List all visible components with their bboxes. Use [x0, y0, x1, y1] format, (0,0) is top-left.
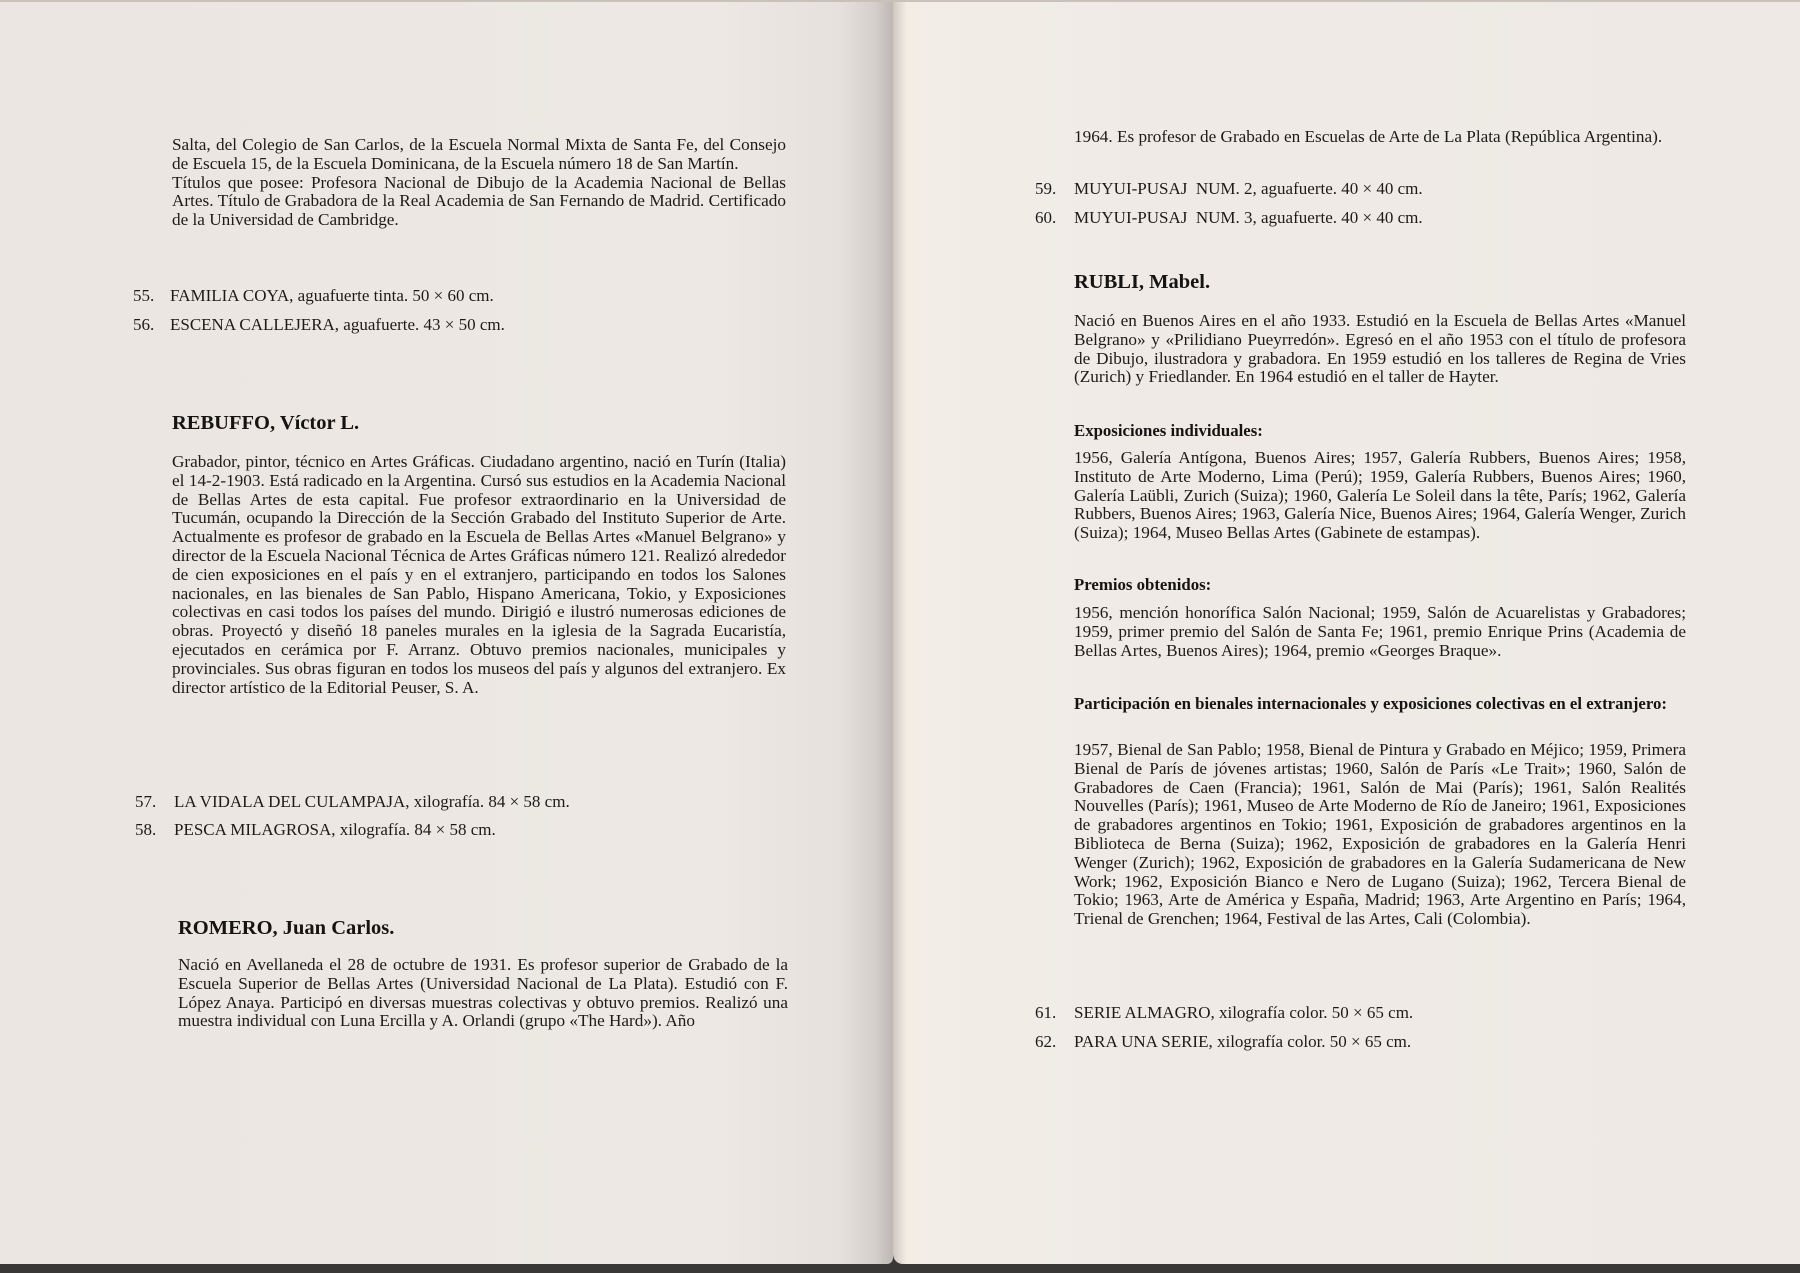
item-number: 55.	[133, 286, 154, 306]
book-spread: Salta, del Colegio de San Carlos, de la …	[0, 0, 1800, 1262]
artist-bio: Nació en Buenos Aires en el año 1933. Es…	[1074, 312, 1686, 387]
item-title: LA VIDALA DEL CULAMPAJA, xilografía. 84 …	[174, 792, 570, 812]
item-title: FAMILIA COYA, aguafuerte tinta. 50 × 60 …	[170, 286, 494, 306]
artist-heading: ROMERO, Juan Carlos.	[178, 916, 394, 940]
item-title: PARA UNA SERIE, xilografía color. 50 × 6…	[1074, 1032, 1411, 1052]
item-title: SERIE ALMAGRO, xilografía color. 50 × 65…	[1074, 1003, 1413, 1023]
bio-paragraph: Nació en Avellaneda el 28 de octubre de …	[178, 956, 788, 1031]
item-title: PESCA MILAGROSA, xilografía. 84 × 58 cm.	[174, 820, 496, 840]
left-page: Salta, del Colegio de San Carlos, de la …	[0, 0, 893, 1264]
item-title: MUYUI-PUSAJ NUM. 3, aguafuerte. 40 × 40 …	[1074, 208, 1423, 228]
section-heading: Exposiciones individuales:	[1074, 422, 1263, 441]
artist-bio: Nació en Avellaneda el 28 de octubre de …	[178, 956, 788, 1031]
intro-text: Salta, del Colegio de San Carlos, de la …	[172, 136, 786, 230]
section-heading: Premios obtenidos:	[1074, 576, 1211, 595]
continued-text: 1964. Es profesor de Grabado en Escuelas…	[1074, 128, 1686, 147]
section-paragraph: 1956, mención honorífica Salón Nacional;…	[1074, 604, 1686, 660]
item-title: MUYUI-PUSAJ NUM. 2, aguafuerte. 40 × 40 …	[1074, 179, 1423, 199]
item-number: 60.	[1035, 208, 1056, 228]
item-number: 57.	[135, 792, 156, 812]
item-title: ESCENA CALLEJERA, aguafuerte. 43 × 50 cm…	[170, 315, 505, 335]
bio-paragraph: Grabador, pintor, técnico en Artes Gráfi…	[172, 453, 786, 697]
item-number: 58.	[135, 820, 156, 840]
bio-paragraph: Nació en Buenos Aires en el año 1933. Es…	[1074, 312, 1686, 387]
intro-paragraph: Salta, del Colegio de San Carlos, de la …	[172, 136, 786, 174]
section-paragraph: 1956, Galería Antígona, Buenos Aires; 19…	[1074, 449, 1686, 543]
artist-heading: RUBLI, Mabel.	[1074, 270, 1210, 294]
artist-heading: REBUFFO, Víctor L.	[172, 411, 359, 435]
item-number: 56.	[133, 315, 154, 335]
item-number: 61.	[1035, 1003, 1056, 1023]
section-body: 1957, Bienal de San Pablo; 1958, Bienal …	[1074, 741, 1686, 929]
artist-bio: Grabador, pintor, técnico en Artes Gráfi…	[172, 453, 786, 697]
section-body: 1956, mención honorífica Salón Nacional;…	[1074, 604, 1686, 660]
section-paragraph: 1957, Bienal de San Pablo; 1958, Bienal …	[1074, 741, 1686, 929]
section-body: 1956, Galería Antígona, Buenos Aires; 19…	[1074, 449, 1686, 543]
right-page: 1964. Es profesor de Grabado en Escuelas…	[893, 0, 1800, 1264]
item-number: 62.	[1035, 1032, 1056, 1052]
intro-paragraph: Títulos que posee: Profesora Nacional de…	[172, 174, 786, 230]
item-number: 59.	[1035, 179, 1056, 199]
section-heading: Participación en bienales internacionale…	[1074, 695, 1708, 714]
bio-paragraph: 1964. Es profesor de Grabado en Escuelas…	[1074, 128, 1686, 147]
